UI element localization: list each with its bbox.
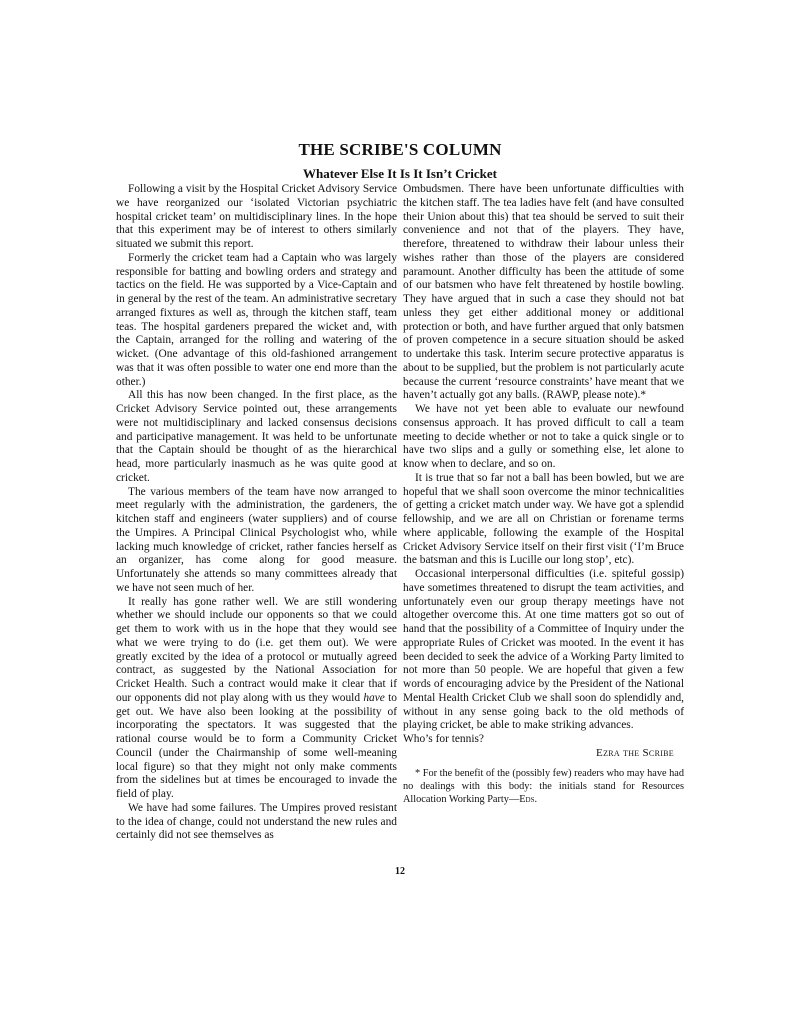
paragraph: It is true that so far not a ball has be… <box>403 472 684 568</box>
paragraph: All this has now been changed. In the fi… <box>116 389 397 485</box>
footnote-attribution: Eds. <box>519 794 537 805</box>
right-column: Ombudsmen. There have been unfortunate d… <box>403 183 684 806</box>
author-signature: Ezra the Scribe <box>403 747 674 761</box>
paragraph: It really has gone rather well. We are s… <box>116 596 397 802</box>
paragraph: Formerly the cricket team had a Captain … <box>116 252 397 390</box>
paragraph: Ombudsmen. There have been unfortunate d… <box>403 183 684 403</box>
page-title: THE SCRIBE'S COLUMN <box>0 140 800 160</box>
paragraph-text: It really has gone rather well. We are s… <box>116 596 397 704</box>
paragraph-text: to get out. We have also been looking at… <box>116 692 397 800</box>
emphasis-text: have <box>363 692 385 704</box>
paragraph: The various members of the team have now… <box>116 486 397 596</box>
closing-line: Who’s for tennis? <box>403 733 484 747</box>
left-column: Following a visit by the Hospital Cricke… <box>116 183 397 843</box>
page-number: 12 <box>0 866 800 877</box>
footnote: * For the benefit of the (possibly few) … <box>403 767 684 806</box>
paragraph: We have had some failures. The Umpires p… <box>116 802 397 843</box>
paragraph: We have not yet been able to evaluate ou… <box>403 403 684 472</box>
closing-row: Who’s for tennis? <box>403 733 684 747</box>
document-page: THE SCRIBE'S COLUMN Whatever Else It Is … <box>0 0 800 1036</box>
footnote-text: * For the benefit of the (possibly few) … <box>403 768 684 805</box>
paragraph: Following a visit by the Hospital Cricke… <box>116 183 397 252</box>
paragraph: Occasional interpersonal difficulties (i… <box>403 568 684 733</box>
article-subtitle: Whatever Else It Is It Isn’t Cricket <box>0 166 800 182</box>
